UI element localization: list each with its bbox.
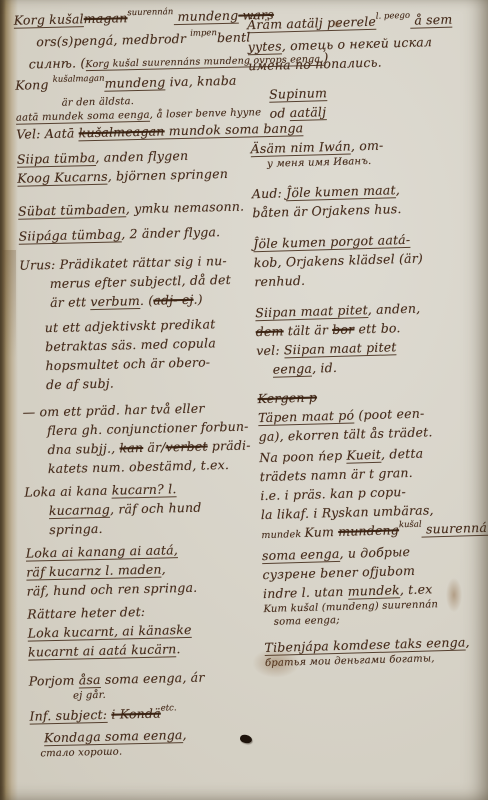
- text-segment: flera gh. conjunctioner forbun-: [47, 419, 249, 439]
- text-segment: Aud:: [252, 185, 287, 201]
- text-segment: Siipága tümbag: [18, 226, 121, 244]
- text-segment: impen: [190, 28, 217, 39]
- text-segment: , detta: [381, 445, 424, 461]
- text-segment: .: [176, 641, 181, 656]
- text-segment: Korg kušal: [14, 11, 84, 29]
- manuscript-line: är ett verbum. (adj- ej.): [20, 288, 256, 312]
- text-segment: , räf och hund: [110, 500, 202, 517]
- text-segment: ga), ekorren tält ås trädet.: [258, 424, 432, 444]
- text-segment: mundek: [261, 528, 304, 540]
- text-segment: bentl: [217, 29, 251, 45]
- text-segment: Ĵöle kumen maat: [286, 182, 396, 201]
- manuscript-line: Siipága tümbag, 2 änder flyga.: [18, 221, 254, 245]
- text-segment: Täpen maat pó: [258, 407, 355, 426]
- text-segment: , id.: [312, 359, 337, 375]
- text-segment: soma eenga: [262, 545, 340, 563]
- text-segment: ,: [395, 182, 400, 197]
- text-segment: i.e. i präs. kan p copu-: [260, 484, 406, 503]
- text-segment: ett bo.: [354, 320, 401, 336]
- text-segment: Rättare heter det:: [27, 604, 145, 622]
- manuscript-line: katets num. obestämd, t.ex.: [24, 454, 260, 478]
- text-segment: Kueit: [346, 446, 381, 463]
- text-segment: Kondaga soma eenga: [44, 727, 183, 746]
- stain: [332, 20, 342, 28]
- text-segment: (poot een-: [354, 405, 425, 422]
- text-segment: mundek: [347, 582, 400, 599]
- text-segment: , å loser benve hyyne: [150, 107, 262, 121]
- text-segment: ej går.: [73, 690, 106, 702]
- manuscript-line: Sübat tümbaden, ymku nemasonn.: [18, 196, 254, 220]
- text-segment: ,: [161, 561, 166, 576]
- text-segment: adj- ej: [153, 292, 194, 308]
- text-segment: iva, knaba: [165, 73, 236, 90]
- text-segment: , medbrodr: [113, 31, 190, 48]
- text-segment: räf kucarnz l. maden: [26, 562, 162, 581]
- text-segment: suurennán: [422, 519, 488, 537]
- book-gutter-shadow: [0, 0, 6, 800]
- text-segment: Äräm aatälj peerele: [247, 14, 376, 34]
- text-segment: сузрене bener ofjubom: [262, 562, 415, 581]
- text-segment: trädets namn är t gran.: [260, 464, 413, 483]
- text-segment: å sem: [410, 12, 453, 29]
- text-segment: Siipan maat pitet: [255, 302, 368, 321]
- text-segment: aatälj: [290, 104, 327, 121]
- text-segment: kob, Orjakens klädsel (är): [254, 250, 424, 270]
- text-segment: Siipa tümba: [17, 150, 96, 168]
- text-segment: Na poon ńep: [259, 447, 347, 464]
- text-segment: имена по попались.: [248, 55, 382, 74]
- text-segment: mundeng: [104, 74, 165, 91]
- text-segment: у меня имя Иванъ.: [267, 156, 372, 170]
- text-segment: Kong: [15, 77, 53, 93]
- text-segment: kucarnt ai aatá kucärn: [28, 641, 177, 660]
- text-segment: verbet: [165, 438, 207, 454]
- text-segment: силнѣ. (: [29, 55, 86, 71]
- text-segment: . (: [140, 293, 154, 308]
- text-segment: båten är Orjakens hus.: [252, 201, 402, 220]
- text-segment: soma eenga, ár: [101, 670, 205, 687]
- manuscript-line: kucarnt ai aatá kucärn.: [28, 637, 264, 661]
- text-segment: kucarnag: [49, 502, 111, 519]
- text-segment: kušalmagan: [53, 74, 105, 85]
- text-segment: Koog Kucarns: [17, 169, 108, 187]
- stain: [2, 250, 16, 370]
- text-segment: Porjom: [29, 672, 79, 688]
- manuscript-line: räf, hund och ren springa.: [26, 576, 262, 600]
- text-segment: .): [193, 292, 203, 307]
- text-segment: Kergen p: [257, 389, 317, 406]
- text-segment: är ett: [50, 294, 91, 310]
- text-segment: , 2 änder flyga.: [121, 224, 220, 241]
- text-segment: Inf. subject:: [29, 706, 107, 724]
- stain: [252, 648, 300, 678]
- manuscript-line: springa.: [25, 515, 261, 539]
- text-segment: , и добрые: [339, 543, 410, 560]
- text-segment: l. peego: [376, 11, 410, 22]
- text-segment: — om ett präd. har två eller: [22, 401, 204, 420]
- stain: [446, 578, 462, 612]
- text-segment: Supinum: [269, 85, 327, 103]
- text-segment: Sübat tümbaden: [18, 201, 126, 219]
- text-segment: ut ett adjektivskt predikat: [45, 316, 216, 335]
- manuscript-page: Korg kušalmagansuurennán mundeng warsors…: [0, 0, 488, 800]
- text-segment: Vel: Aatā: [16, 125, 79, 141]
- text-segment: åsa: [79, 672, 101, 688]
- text-segment: Kum: [304, 523, 338, 539]
- text-segment: mundeng: [173, 8, 238, 25]
- text-segment: soma eenga;: [274, 615, 340, 628]
- manuscript-line: de af subj.: [22, 370, 258, 394]
- text-segment: , ymku nemasonn.: [126, 199, 245, 217]
- text-segment: vel:: [256, 342, 284, 358]
- text-segment: , anden flygen: [95, 148, 188, 165]
- text-segment: kušal: [399, 519, 422, 530]
- text-segment: ,: [182, 727, 187, 742]
- text-segment: renhud.: [254, 272, 305, 288]
- text-segment: yytes: [248, 38, 282, 55]
- text-segment: стало хорошо.: [40, 746, 122, 759]
- text-segment: betraktas säs. med copula: [45, 335, 216, 354]
- manuscript-line: Koog Kucarns, björnen springen: [17, 163, 253, 187]
- text-segment: , t.ex: [400, 581, 433, 597]
- text-segment: dem: [256, 323, 284, 339]
- text-segment: suurennán: [127, 7, 173, 18]
- text-segment: la likaf. i Ryskan umbäras,: [261, 502, 434, 522]
- text-segment: , björnen springen: [108, 166, 229, 184]
- text-segment: räf, hund och ren springa.: [27, 580, 198, 599]
- text-segment: indre l. utan: [263, 583, 348, 600]
- text-segment: , отець о некей искал: [282, 34, 433, 53]
- text-segment: , om-: [351, 138, 384, 154]
- text-segment: , anden,: [368, 300, 421, 316]
- text-segment: verbum: [90, 293, 140, 310]
- text-segment: tält är: [283, 322, 332, 338]
- text-segment: prädi-: [207, 438, 250, 454]
- left-column: Korg kušalmagansuurennán mundeng warsors…: [14, 5, 267, 760]
- text-segment: kan: [119, 440, 143, 456]
- text-segment: hopsmultet och är obero-: [45, 354, 210, 373]
- text-segment: merus efter subjectl, då det: [50, 272, 232, 291]
- text-segment: dna subjj.,: [47, 440, 119, 457]
- text-segment: i Kondä: [111, 705, 161, 721]
- manuscript-line: Vel: Aatā kušalmeagan mundok soma banga: [16, 119, 252, 143]
- text-segment: bor: [332, 321, 355, 337]
- text-segment: kušalmeagan: [79, 123, 165, 141]
- text-segment: de af subj.: [46, 376, 114, 393]
- text-segment: är/: [143, 439, 166, 455]
- text-segment: mundeng: [338, 522, 399, 539]
- text-segment: kucarn? l.: [112, 481, 177, 498]
- text-segment: Loka ai kana: [24, 483, 112, 500]
- text-segment: Siipan maat pitet: [284, 339, 397, 358]
- text-segment: ors(s)pengá: [36, 33, 114, 50]
- text-segment: magan: [84, 10, 128, 26]
- text-segment: etc.: [161, 703, 177, 713]
- text-segment: eenga: [273, 360, 313, 377]
- text-segment: ,: [465, 634, 470, 649]
- text-segment: är den äldsta.: [62, 96, 135, 109]
- text-segment: katets num. obestämd, t.ex.: [48, 457, 229, 476]
- text-segment: Äsäm nim Iwán: [250, 138, 351, 157]
- text-segment: od: [269, 105, 290, 121]
- right-column: Äräm aatälj peerelel. peego å semyytes, …: [247, 9, 488, 670]
- text-segment: springa.: [49, 521, 103, 537]
